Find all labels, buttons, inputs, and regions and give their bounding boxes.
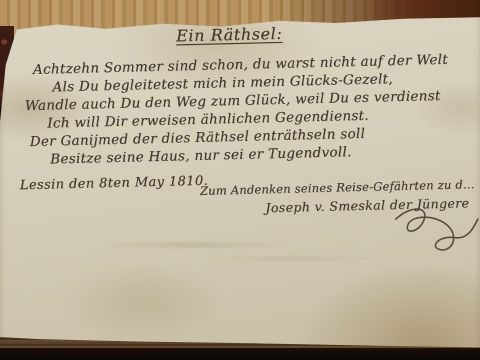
manuscript-dedication: Zum Andenken seines Reise-Gefährten zu d… [200,177,475,198]
manuscript-content: Ein Räthsel: Achtzehn Sommer sind schon,… [0,0,480,360]
manuscript-title: Ein Räthsel: [129,23,329,47]
photo-frame: Ein Räthsel: Achtzehn Sommer sind schon,… [0,0,480,360]
manuscript-paper: Ein Räthsel: Achtzehn Sommer sind schon,… [0,0,480,360]
manuscript-dateline: Lessin den 8ten May 1810. [20,174,209,194]
signature-flourish-icon [391,201,480,263]
